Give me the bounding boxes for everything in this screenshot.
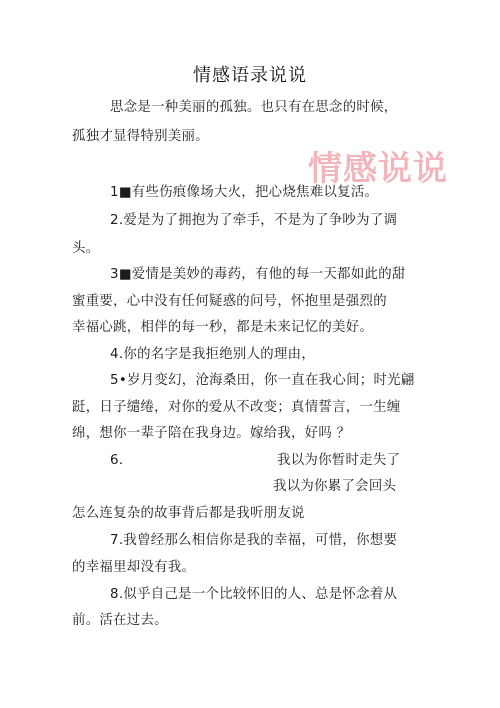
paragraph-line: 7.我曾经那么相信你是我的幸福，可惜，你想要 bbox=[110, 531, 397, 551]
poem-line: 我以为你累了会回头 bbox=[273, 477, 396, 497]
paragraph-line: 3■爱情是美妙的毒药，有他的每一天都如此的甜 bbox=[110, 265, 406, 285]
poem-line: 我以为你暂时走失了 bbox=[277, 451, 400, 471]
paragraph-line: 8.似乎自己是一个比较怀旧的人、总是怀念着从 bbox=[110, 585, 397, 605]
paragraph-line: 绵，想你一辈子陪在我身边。嫁给我，好吗 ？ bbox=[72, 424, 350, 444]
document-page: 情感语录说说 情感说说 思念是一种美丽的孤独。也只有在思念的时候， 孤独才显得特… bbox=[0, 0, 500, 708]
paragraph-line: 2.爱是为了拥抱为了牵手，不是为了争吵为了调 bbox=[110, 211, 397, 231]
paragraph-line: 跹，日子缱绻，对你的爱从不改变；真情誓言，一生缠 bbox=[72, 398, 401, 418]
paragraph-line: 幸福心跳，相伴的每一秒，都是未来记忆的美好。 bbox=[72, 318, 373, 338]
paragraph-line: 孤独才显得特别美丽。 bbox=[72, 127, 209, 147]
paragraph-line: 前。活在过去。 bbox=[72, 611, 168, 631]
page-title: 情感语录说说 bbox=[0, 63, 500, 89]
paragraph-line: 6. bbox=[110, 451, 123, 471]
paragraph-line: 思念是一种美丽的孤独。也只有在思念的时候， bbox=[110, 98, 398, 118]
paragraph-line: 的幸福里却没有我。 bbox=[72, 558, 195, 578]
paragraph-line: 4.你的名字是我拒绝别人的理由， bbox=[110, 345, 315, 365]
paragraph-line: 头。 bbox=[72, 239, 99, 259]
paragraph-line: 怎么连复杂的故事背后都是我听朋友说 bbox=[72, 504, 305, 524]
paragraph-line: 5•岁月变幻，沧海桑田，你一直在我心间；时光翩 bbox=[110, 371, 415, 391]
paragraph-line: 蜜重要，心中没有任何疑惑的问号，怀抱里是强烈的 bbox=[72, 292, 387, 312]
paragraph-line: 1■有些伤痕像场大火，把心烧焦难以复活。 bbox=[110, 183, 378, 203]
